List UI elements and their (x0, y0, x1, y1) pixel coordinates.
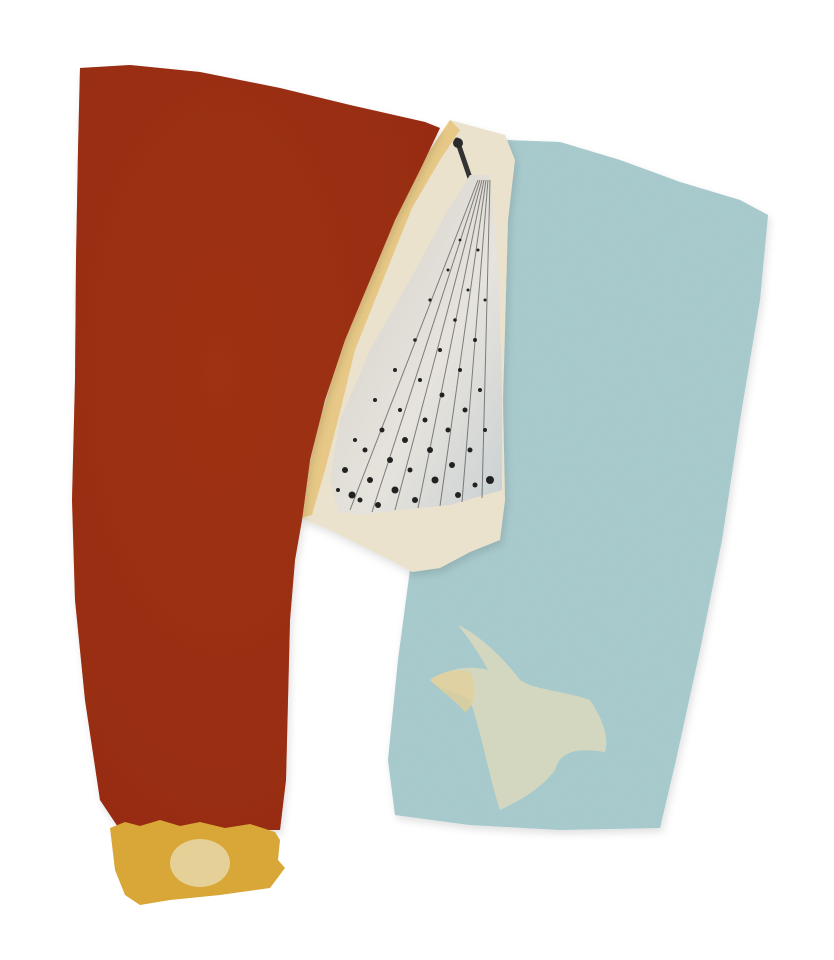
pale-circle (170, 839, 230, 887)
collage-artwork (0, 0, 834, 960)
